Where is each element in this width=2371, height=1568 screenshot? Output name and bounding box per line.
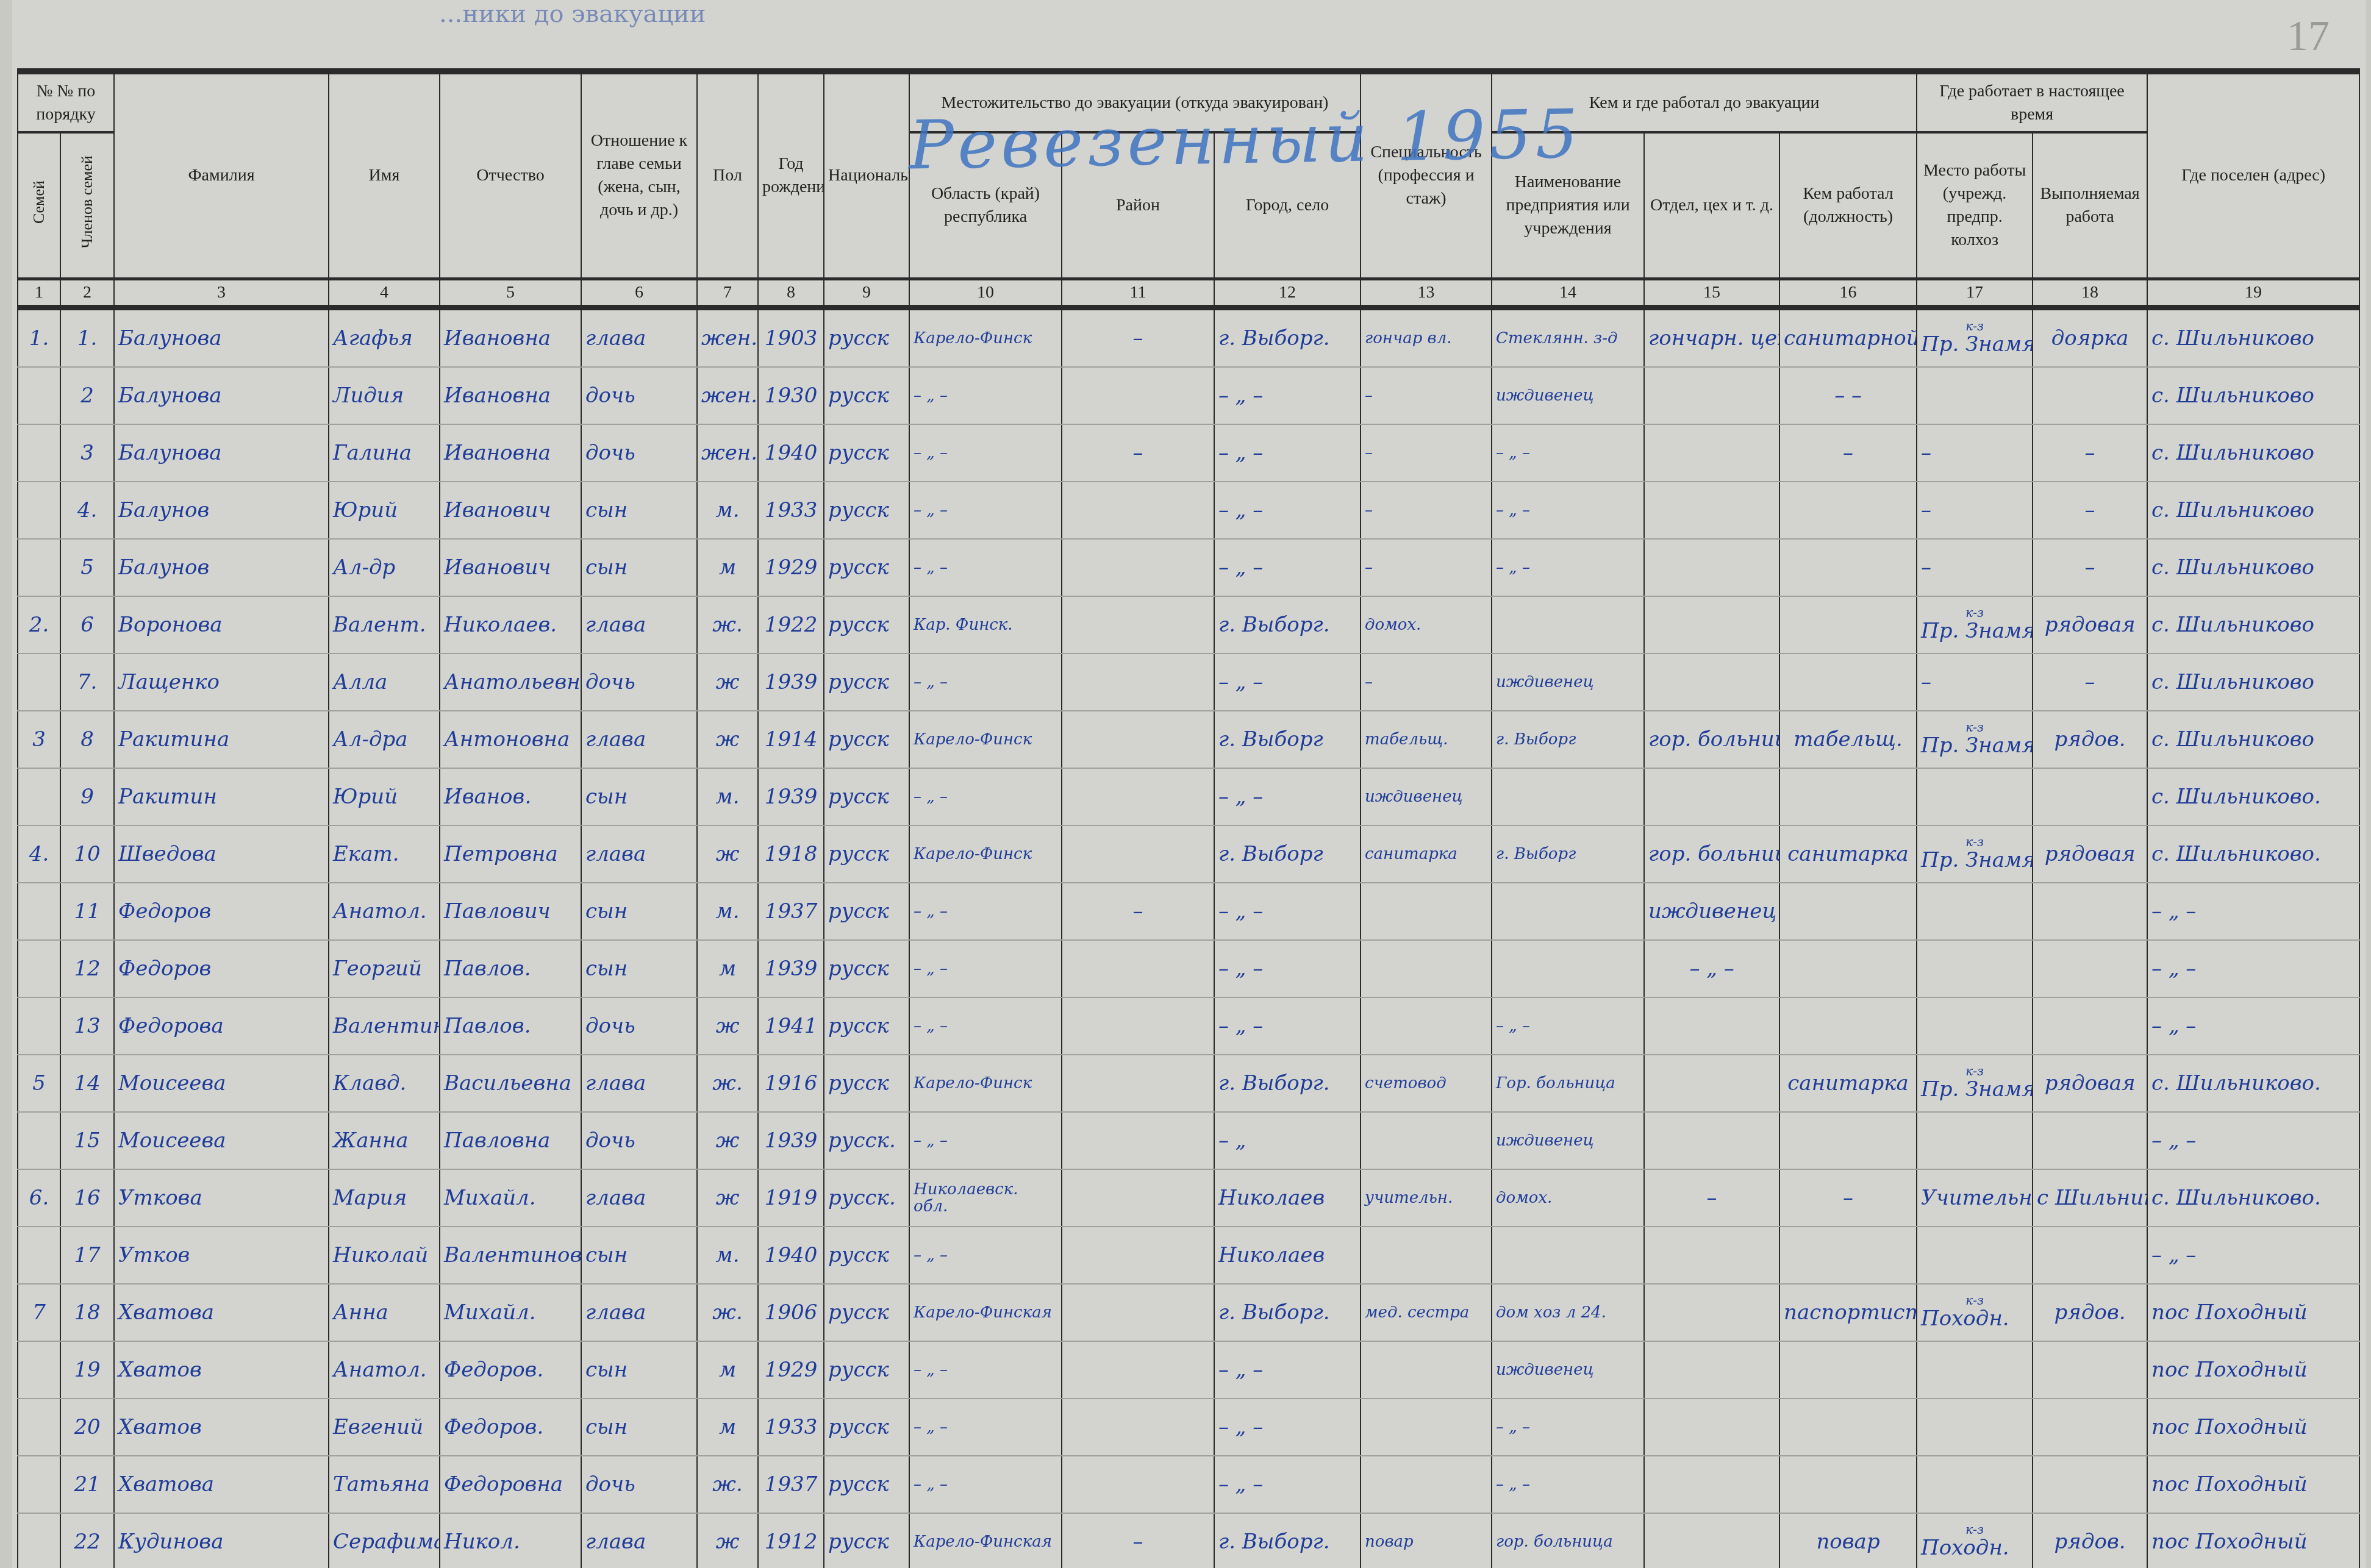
- district-cell: [1062, 1112, 1214, 1169]
- member-number: 10: [60, 825, 114, 883]
- sex-cell: ж: [697, 654, 758, 711]
- city-cell: г. Выборг: [1214, 711, 1361, 768]
- city-cell: – „ –: [1214, 482, 1361, 539]
- birth-year-cell: 1916: [758, 1055, 824, 1112]
- address-cell: пос Походный: [2147, 1284, 2359, 1341]
- patronymic-cell: Анатольевна: [440, 654, 581, 711]
- address-cell: – „ –: [2147, 1112, 2359, 1169]
- kolkhoz-mark: к-з: [1921, 836, 2028, 848]
- birth-year-cell: 1903: [758, 307, 824, 367]
- enterprise-cell: иждивенец: [1492, 1112, 1644, 1169]
- table-row: 2.6ВороноваВалент.Николаев.главаж.1922ру…: [18, 596, 2359, 654]
- member-number: 20: [60, 1399, 114, 1456]
- current-work-cell: рядовая: [2033, 596, 2147, 654]
- nationality-cell: русск: [824, 539, 909, 596]
- header-department: Отдел, цех и т. д.: [1644, 132, 1779, 279]
- enterprise-cell: – „ –: [1492, 424, 1644, 482]
- current-work-cell: [2033, 883, 2147, 940]
- workplace-text: Пр. Знамя: [1921, 619, 2033, 643]
- address-cell: с. Шильниково.: [2147, 1055, 2359, 1112]
- address-cell: с. Шильниково: [2147, 367, 2359, 424]
- district-cell: [1062, 1169, 1214, 1227]
- region-cell: – „ –: [909, 883, 1062, 940]
- column-number: 11: [1062, 279, 1214, 307]
- name-cell: Валент.: [329, 596, 440, 654]
- family-number: 4.: [18, 825, 60, 883]
- region-cell: – „ –: [909, 1399, 1062, 1456]
- specialty-cell: мед. сестра: [1361, 1284, 1492, 1341]
- surname-cell: Балунов: [114, 482, 329, 539]
- name-cell: Екат.: [329, 825, 440, 883]
- column-number: 17: [1917, 279, 2033, 307]
- table-row: 4.БалуновЮрийИвановичсынм.1933русск– „ –…: [18, 482, 2359, 539]
- header-name: Имя: [329, 71, 440, 279]
- sex-cell: ж.: [697, 1456, 758, 1513]
- region-cell: – „ –: [909, 997, 1062, 1055]
- region-cell: – „ –: [909, 1227, 1062, 1284]
- address-cell: с. Шильниково: [2147, 654, 2359, 711]
- patronymic-cell: Ивановна: [440, 367, 581, 424]
- workplace-text: Походн.: [1921, 1306, 2009, 1331]
- district-cell: [1062, 1456, 1214, 1513]
- name-cell: Ал-дра: [329, 711, 440, 768]
- column-number: 15: [1644, 279, 1779, 307]
- birth-year-cell: 1918: [758, 825, 824, 883]
- region-cell: Карело-Финск: [909, 1055, 1062, 1112]
- address-cell: – „ –: [2147, 997, 2359, 1055]
- family-number: [18, 1227, 60, 1284]
- header-current-workplace: Место работы (учрежд. предпр. колхоз: [1917, 132, 2033, 279]
- family-number: 6.: [18, 1169, 60, 1227]
- nationality-cell: русск: [824, 596, 909, 654]
- current-workplace-cell: [1917, 940, 2033, 997]
- table-row: 12ФедоровГеоргийПавлов.сынм1939русск– „ …: [18, 940, 2359, 997]
- city-cell: – „ –: [1214, 997, 1361, 1055]
- family-number: 7: [18, 1284, 60, 1341]
- nationality-cell: русск: [824, 997, 909, 1055]
- specialty-cell: [1361, 883, 1492, 940]
- current-work-cell: рядов.: [2033, 1284, 2147, 1341]
- member-number: 13: [60, 997, 114, 1055]
- header-order-number: № № по порядку: [18, 71, 114, 132]
- nationality-cell: русск: [824, 1456, 909, 1513]
- table-row: 20ХватовЕвгенийФедоров.сынм1933русск– „ …: [18, 1399, 2359, 1456]
- current-workplace-cell: [1917, 883, 2033, 940]
- patronymic-cell: Михайл.: [440, 1284, 581, 1341]
- position-cell: [1779, 883, 1917, 940]
- family-number: [18, 997, 60, 1055]
- position-cell: [1779, 768, 1917, 825]
- birth-year-cell: 1939: [758, 768, 824, 825]
- kolkhoz-mark: к-з: [1921, 1065, 2028, 1077]
- header-settled-address: Где поселен (адрес): [2147, 71, 2359, 279]
- specialty-cell: [1361, 1227, 1492, 1284]
- surname-cell: Уткова: [114, 1169, 329, 1227]
- header-relation: Отношение к главе семьи (жена, сын, дочь…: [581, 71, 697, 279]
- department-cell: [1644, 1055, 1779, 1112]
- birth-year-cell: 1914: [758, 711, 824, 768]
- patronymic-cell: Ивановна: [440, 424, 581, 482]
- table-row: 6.16УтковаМарияМихайл.главаж1919русск.Ни…: [18, 1169, 2359, 1227]
- enterprise-cell: г. Выборг: [1492, 711, 1644, 768]
- patronymic-cell: Федоров.: [440, 1341, 581, 1399]
- address-cell: с. Шильниково: [2147, 307, 2359, 367]
- sex-cell: м: [697, 1399, 758, 1456]
- workplace-text: Пр. Знамя: [1921, 332, 2033, 357]
- sex-cell: м.: [697, 883, 758, 940]
- member-number: 6: [60, 596, 114, 654]
- family-number: [18, 654, 60, 711]
- family-number: [18, 768, 60, 825]
- position-cell: –: [1779, 1169, 1917, 1227]
- page-number: 17: [2287, 12, 2330, 61]
- city-cell: – „ –: [1214, 940, 1361, 997]
- sex-cell: жен.: [697, 367, 758, 424]
- position-cell: – –: [1779, 367, 1917, 424]
- address-cell: с. Шильниково.: [2147, 1169, 2359, 1227]
- city-cell: – „: [1214, 1112, 1361, 1169]
- address-cell: пос Походный: [2147, 1341, 2359, 1399]
- nationality-cell: русск: [824, 1284, 909, 1341]
- nationality-cell: русск: [824, 1513, 909, 1568]
- enterprise-cell: гор. больница: [1492, 1513, 1644, 1568]
- birth-year-cell: 1937: [758, 1456, 824, 1513]
- name-cell: Анна: [329, 1284, 440, 1341]
- position-cell: [1779, 997, 1917, 1055]
- sex-cell: м: [697, 539, 758, 596]
- name-cell: Галина: [329, 424, 440, 482]
- enterprise-cell: иждивенец: [1492, 367, 1644, 424]
- table-row: 13ФедороваВалентин.Павлов.дочьж1941русск…: [18, 997, 2359, 1055]
- patronymic-cell: Васильевна: [440, 1055, 581, 1112]
- relation-cell: дочь: [581, 367, 697, 424]
- region-cell: Карело-Финск: [909, 711, 1062, 768]
- current-workplace-cell: к-зПр. Знамя: [1917, 1055, 2033, 1112]
- district-cell: –: [1062, 424, 1214, 482]
- nationality-cell: русск: [824, 768, 909, 825]
- member-number: 5: [60, 539, 114, 596]
- relation-cell: глава: [581, 307, 697, 367]
- nationality-cell: русск: [824, 711, 909, 768]
- enterprise-cell: [1492, 596, 1644, 654]
- department-cell: [1644, 596, 1779, 654]
- enterprise-cell: Гор. больница: [1492, 1055, 1644, 1112]
- name-cell: Николай: [329, 1227, 440, 1284]
- table-row: 17УтковНиколайВалентиновичсынм.1940русск…: [18, 1227, 2359, 1284]
- patronymic-cell: Валентинович: [440, 1227, 581, 1284]
- current-workplace-cell: к-зПр. Знамя: [1917, 825, 2033, 883]
- birth-year-cell: 1929: [758, 1341, 824, 1399]
- relation-cell: глава: [581, 825, 697, 883]
- current-work-cell: [2033, 367, 2147, 424]
- region-cell: – „ –: [909, 482, 1062, 539]
- table-row: 4.10ШведоваЕкат.Петровнаглаваж1918русскК…: [18, 825, 2359, 883]
- workplace-text: Пр. Знамя: [1921, 848, 2033, 872]
- position-cell: [1779, 1341, 1917, 1399]
- department-cell: – „ –: [1644, 940, 1779, 997]
- sex-cell: ж: [697, 997, 758, 1055]
- sex-cell: ж: [697, 711, 758, 768]
- surname-cell: Балунова: [114, 307, 329, 367]
- member-number: 21: [60, 1456, 114, 1513]
- department-cell: [1644, 424, 1779, 482]
- column-number: 1: [18, 279, 60, 307]
- surname-cell: Балунова: [114, 367, 329, 424]
- city-cell: Николаев: [1214, 1169, 1361, 1227]
- member-number: 16: [60, 1169, 114, 1227]
- current-workplace-cell: –: [1917, 482, 2033, 539]
- current-work-cell: рядов.: [2033, 711, 2147, 768]
- name-cell: Мария: [329, 1169, 440, 1227]
- family-number: 3: [18, 711, 60, 768]
- column-number-row: 12345678910111213141516171819: [18, 279, 2359, 307]
- table-row: 21ХватоваТатьянаФедоровнадочьж.1937русск…: [18, 1456, 2359, 1513]
- kolkhoz-mark: к-з: [1921, 721, 2028, 733]
- district-cell: [1062, 1399, 1214, 1456]
- region-cell: Карело-Финская: [909, 1513, 1062, 1568]
- relation-cell: глава: [581, 1513, 697, 1568]
- sex-cell: ж: [697, 1513, 758, 1568]
- position-cell: [1779, 654, 1917, 711]
- district-cell: –: [1062, 883, 1214, 940]
- current-work-cell: –: [2033, 539, 2147, 596]
- department-cell: гончарн. цех: [1644, 307, 1779, 367]
- header-birth-year: Год рождения: [758, 71, 824, 279]
- sex-cell: ж.: [697, 596, 758, 654]
- current-workplace-cell: [1917, 1456, 2033, 1513]
- name-cell: Серафима: [329, 1513, 440, 1568]
- specialty-cell: табельщ.: [1361, 711, 1492, 768]
- birth-year-cell: 1933: [758, 1399, 824, 1456]
- city-cell: – „ –: [1214, 1341, 1361, 1399]
- birth-year-cell: 1912: [758, 1513, 824, 1568]
- district-cell: –: [1062, 307, 1214, 367]
- specialty-cell: [1361, 997, 1492, 1055]
- current-work-cell: [2033, 1227, 2147, 1284]
- column-number: 10: [909, 279, 1062, 307]
- district-cell: [1062, 482, 1214, 539]
- current-work-cell: доярка: [2033, 307, 2147, 367]
- enterprise-cell: – „ –: [1492, 539, 1644, 596]
- city-cell: г. Выборг.: [1214, 1055, 1361, 1112]
- district-cell: [1062, 367, 1214, 424]
- patronymic-cell: Иванович: [440, 539, 581, 596]
- department-cell: [1644, 768, 1779, 825]
- relation-cell: глава: [581, 1169, 697, 1227]
- current-work-cell: рядов.: [2033, 1513, 2147, 1568]
- column-number: 14: [1492, 279, 1644, 307]
- department-cell: гор. больница: [1644, 825, 1779, 883]
- name-cell: Клавд.: [329, 1055, 440, 1112]
- patronymic-cell: Николаев.: [440, 596, 581, 654]
- position-cell: санитарной: [1779, 307, 1917, 367]
- specialty-cell: санитарка: [1361, 825, 1492, 883]
- family-number: 2.: [18, 596, 60, 654]
- department-cell: [1644, 482, 1779, 539]
- column-number: 8: [758, 279, 824, 307]
- city-cell: – „ –: [1214, 1399, 1361, 1456]
- family-number: [18, 482, 60, 539]
- specialty-cell: повар: [1361, 1513, 1492, 1568]
- current-work-cell: рядовая: [2033, 825, 2147, 883]
- specialty-cell: гончар вл.: [1361, 307, 1492, 367]
- member-number: 3: [60, 424, 114, 482]
- column-number: 18: [2033, 279, 2147, 307]
- current-workplace-cell: [1917, 1112, 2033, 1169]
- nationality-cell: русск: [824, 940, 909, 997]
- city-cell: г. Выборг.: [1214, 1513, 1361, 1568]
- column-number: 16: [1779, 279, 1917, 307]
- patronymic-cell: Антоновна: [440, 711, 581, 768]
- city-cell: – „ –: [1214, 654, 1361, 711]
- workplace-text: –: [1921, 555, 1931, 580]
- column-number: 4: [329, 279, 440, 307]
- member-number: 9: [60, 768, 114, 825]
- patronymic-cell: Иванов.: [440, 768, 581, 825]
- department-cell: [1644, 539, 1779, 596]
- sex-cell: м: [697, 940, 758, 997]
- city-cell: – „ –: [1214, 768, 1361, 825]
- table-row: 19ХватовАнатол.Федоров.сынм1929русск– „ …: [18, 1341, 2359, 1399]
- position-cell: повар: [1779, 1513, 1917, 1568]
- city-cell: – „ –: [1214, 1456, 1361, 1513]
- district-cell: [1062, 997, 1214, 1055]
- city-cell: – „ –: [1214, 883, 1361, 940]
- surname-cell: Моисеева: [114, 1055, 329, 1112]
- sex-cell: ж.: [697, 1284, 758, 1341]
- surname-cell: Балунов: [114, 539, 329, 596]
- specialty-cell: –: [1361, 367, 1492, 424]
- department-cell: [1644, 1284, 1779, 1341]
- enterprise-cell: – „ –: [1492, 997, 1644, 1055]
- current-work-cell: рядовая: [2033, 1055, 2147, 1112]
- enterprise-cell: [1492, 1227, 1644, 1284]
- current-work-cell: [2033, 768, 2147, 825]
- position-cell: паспортист: [1779, 1284, 1917, 1341]
- position-cell: [1779, 1399, 1917, 1456]
- nationality-cell: русск: [824, 307, 909, 367]
- member-number: 15: [60, 1112, 114, 1169]
- nationality-cell: русск: [824, 482, 909, 539]
- sex-cell: м.: [697, 482, 758, 539]
- table-row: 38РакитинаАл-драАнтоновнаглаваж1914русск…: [18, 711, 2359, 768]
- nationality-cell: русск: [824, 654, 909, 711]
- specialty-cell: учительн.: [1361, 1169, 1492, 1227]
- enterprise-cell: [1492, 883, 1644, 940]
- specialty-cell: –: [1361, 424, 1492, 482]
- region-cell: – „ –: [909, 768, 1062, 825]
- sex-cell: жен.: [697, 307, 758, 367]
- position-cell: [1779, 482, 1917, 539]
- member-number: 1.: [60, 307, 114, 367]
- name-cell: Татьяна: [329, 1456, 440, 1513]
- birth-year-cell: 1940: [758, 424, 824, 482]
- district-cell: [1062, 1341, 1214, 1399]
- table-row: 718ХватоваАннаМихайл.главаж.1906русскКар…: [18, 1284, 2359, 1341]
- header-families: Семей: [18, 132, 60, 279]
- district-cell: [1062, 596, 1214, 654]
- specialty-cell: [1361, 1112, 1492, 1169]
- workplace-text: –: [1921, 498, 1931, 522]
- region-cell: – „ –: [909, 367, 1062, 424]
- current-workplace-cell: [1917, 367, 2033, 424]
- birth-year-cell: 1939: [758, 1112, 824, 1169]
- position-cell: [1779, 1456, 1917, 1513]
- birth-year-cell: 1940: [758, 1227, 824, 1284]
- column-number: 5: [440, 279, 581, 307]
- birth-year-cell: 1930: [758, 367, 824, 424]
- current-workplace-cell: к-зПр. Знамя: [1917, 307, 2033, 367]
- member-number: 14: [60, 1055, 114, 1112]
- district-cell: [1062, 940, 1214, 997]
- patronymic-cell: Федоров.: [440, 1399, 581, 1456]
- relation-cell: сын: [581, 940, 697, 997]
- header-nationality: Национальность: [824, 71, 909, 279]
- column-number: 19: [2147, 279, 2359, 307]
- region-cell: – „ –: [909, 1456, 1062, 1513]
- column-number: 9: [824, 279, 909, 307]
- department-cell: гор. больница: [1644, 711, 1779, 768]
- surname-cell: Хватова: [114, 1284, 329, 1341]
- header-surname: Фамилия: [114, 71, 329, 279]
- department-cell: [1644, 997, 1779, 1055]
- nationality-cell: русск.: [824, 1112, 909, 1169]
- header-patronymic: Отчество: [440, 71, 581, 279]
- address-cell: – „ –: [2147, 1227, 2359, 1284]
- patronymic-cell: Павлович: [440, 883, 581, 940]
- patronymic-cell: Никол.: [440, 1513, 581, 1568]
- department-cell: [1644, 1513, 1779, 1568]
- enterprise-cell: [1492, 940, 1644, 997]
- enterprise-cell: г. Выборг: [1492, 825, 1644, 883]
- sex-cell: м.: [697, 1227, 758, 1284]
- patronymic-cell: Федоровна: [440, 1456, 581, 1513]
- surname-cell: Лащенко: [114, 654, 329, 711]
- family-number: [18, 883, 60, 940]
- district-cell: [1062, 768, 1214, 825]
- district-cell: [1062, 711, 1214, 768]
- relation-cell: глава: [581, 596, 697, 654]
- birth-year-cell: 1939: [758, 654, 824, 711]
- relation-cell: сын: [581, 482, 697, 539]
- kolkhoz-mark: к-з: [1921, 320, 2028, 332]
- family-number: [18, 424, 60, 482]
- member-number: 4.: [60, 482, 114, 539]
- sex-cell: ж.: [697, 1055, 758, 1112]
- region-cell: Николаевск. обл.: [909, 1169, 1062, 1227]
- sex-cell: ж: [697, 1112, 758, 1169]
- district-cell: [1062, 825, 1214, 883]
- department-cell: [1644, 654, 1779, 711]
- city-cell: – „ –: [1214, 424, 1361, 482]
- evacuee-register-table: № № по порядку Фамилия Имя Отчество Отно…: [17, 68, 2360, 1568]
- current-work-cell: [2033, 997, 2147, 1055]
- position-cell: табельщ.: [1779, 711, 1917, 768]
- family-number: [18, 940, 60, 997]
- column-number: 12: [1214, 279, 1361, 307]
- department-cell: [1644, 1456, 1779, 1513]
- relation-cell: сын: [581, 1227, 697, 1284]
- region-cell: – „ –: [909, 940, 1062, 997]
- current-workplace-cell: [1917, 1227, 2033, 1284]
- position-cell: [1779, 940, 1917, 997]
- enterprise-cell: Стеклянн. з-д: [1492, 307, 1644, 367]
- table-row: 3БалуноваГалинаИвановнадочьжен.1940русск…: [18, 424, 2359, 482]
- patronymic-cell: Павлов.: [440, 940, 581, 997]
- current-work-cell: [2033, 1456, 2147, 1513]
- name-cell: Валентин.: [329, 997, 440, 1055]
- member-number: 17: [60, 1227, 114, 1284]
